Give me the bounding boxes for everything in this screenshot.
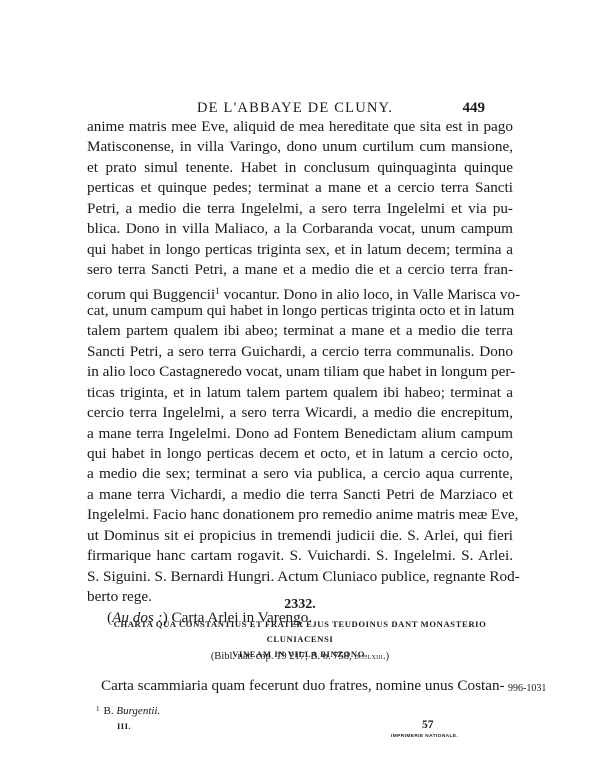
text-line: Sancti Petri, a sero terra Guichardi, a … [87,342,513,362]
text-line: qui habet in longo perticas triginta sex… [87,240,513,260]
margin-date: 996-1031 [508,683,546,694]
charter-title-line: CHARTA QUA CONSTANTIUS ET FRATER EJUS TE… [87,617,513,647]
text-fragment: corum qui Buggencii [87,286,215,303]
text-line: anime matris mee Eve, aliquid de mea her… [87,117,513,137]
text-line: ut Dominus sit ei propicius in tremendi … [87,526,513,546]
page-number: 449 [463,100,486,117]
text-line: Petri, a medio die terra Ingelelmi, a se… [87,199,513,219]
source-text: (Bibl. nat. cop. 19 217; B. o. 758, [211,651,355,662]
text-line: blica. Dono in villa Maliaco, a la Corba… [87,219,513,239]
source-roman-numeral: dcclxiii [354,651,383,661]
charter-source-citation: (Bibl. nat. cop. 19 217; B. o. 758, dccl… [0,651,600,662]
charter-number: 2332. [0,597,600,613]
signature-number: 57 [422,719,434,731]
footnote-marker: 1 [96,705,100,713]
footnote: 1B. Burgentii. [96,705,160,717]
text-line: a medio die sex; terminat a sero via pub… [87,464,513,484]
text-line: ticas triginta, et in latum talem partem… [87,383,513,403]
book-page: DE L'ABBAYE DE CLUNY. 449 anime matris m… [0,0,600,780]
text-line: firmarique hanc cartam rogavit. S. Vuich… [87,546,513,566]
text-line: perticas et quinque pedes; terminat a ma… [87,178,513,198]
text-line: cercio terra Ingelelmi, a sero terra Wic… [87,403,513,423]
text-line: a mane terra Vichardi, a medio die terra… [87,485,513,505]
text-line: Ingelelmi. Facio hanc donationem pro rem… [87,505,513,525]
charter-body-text: anime matris mee Eve, aliquid de mea her… [87,117,513,628]
text-line-with-footnote: corum qui Buggencii1 vocantur. Dono in a… [87,281,513,301]
footnote-text-italic: Burgentii. [116,705,160,717]
text-fragment: vocantur. Dono in alio loco, in Valle Ma… [220,286,520,303]
running-title: DE L'ABBAYE DE CLUNY. [197,100,393,117]
text-line: a mane terra Ingelelmi. Dono ad Fontem B… [87,424,513,444]
text-line: talem partem qualem ibi abeo; terminat a… [87,321,513,341]
text-line: sero terra Sancti Petri, a mane et a med… [87,260,513,280]
text-line: qui habet in longo perticas decem et oct… [87,444,513,464]
signature-mark: III. [117,721,131,731]
text-line: Matisconense, in villa Varingo, dono unu… [87,137,513,157]
text-line: et prato simul tenente. Habet in conclus… [87,158,513,178]
charter-opening-line: Carta scammiaria quam fecerunt duo fratr… [101,677,513,695]
text-line: cat, unum campum qui habet in longo pert… [87,301,513,321]
footnote-text: B. [104,705,117,717]
text-line: in alio loco Castagneredo vocat, unam ti… [87,362,513,382]
text-line: S. Siguini. S. Bernardi Hungri. Actum Cl… [87,567,513,587]
printer-imprint: IMPRIMERIE NATIONALE. [391,734,458,739]
source-text-end: .) [383,651,389,662]
